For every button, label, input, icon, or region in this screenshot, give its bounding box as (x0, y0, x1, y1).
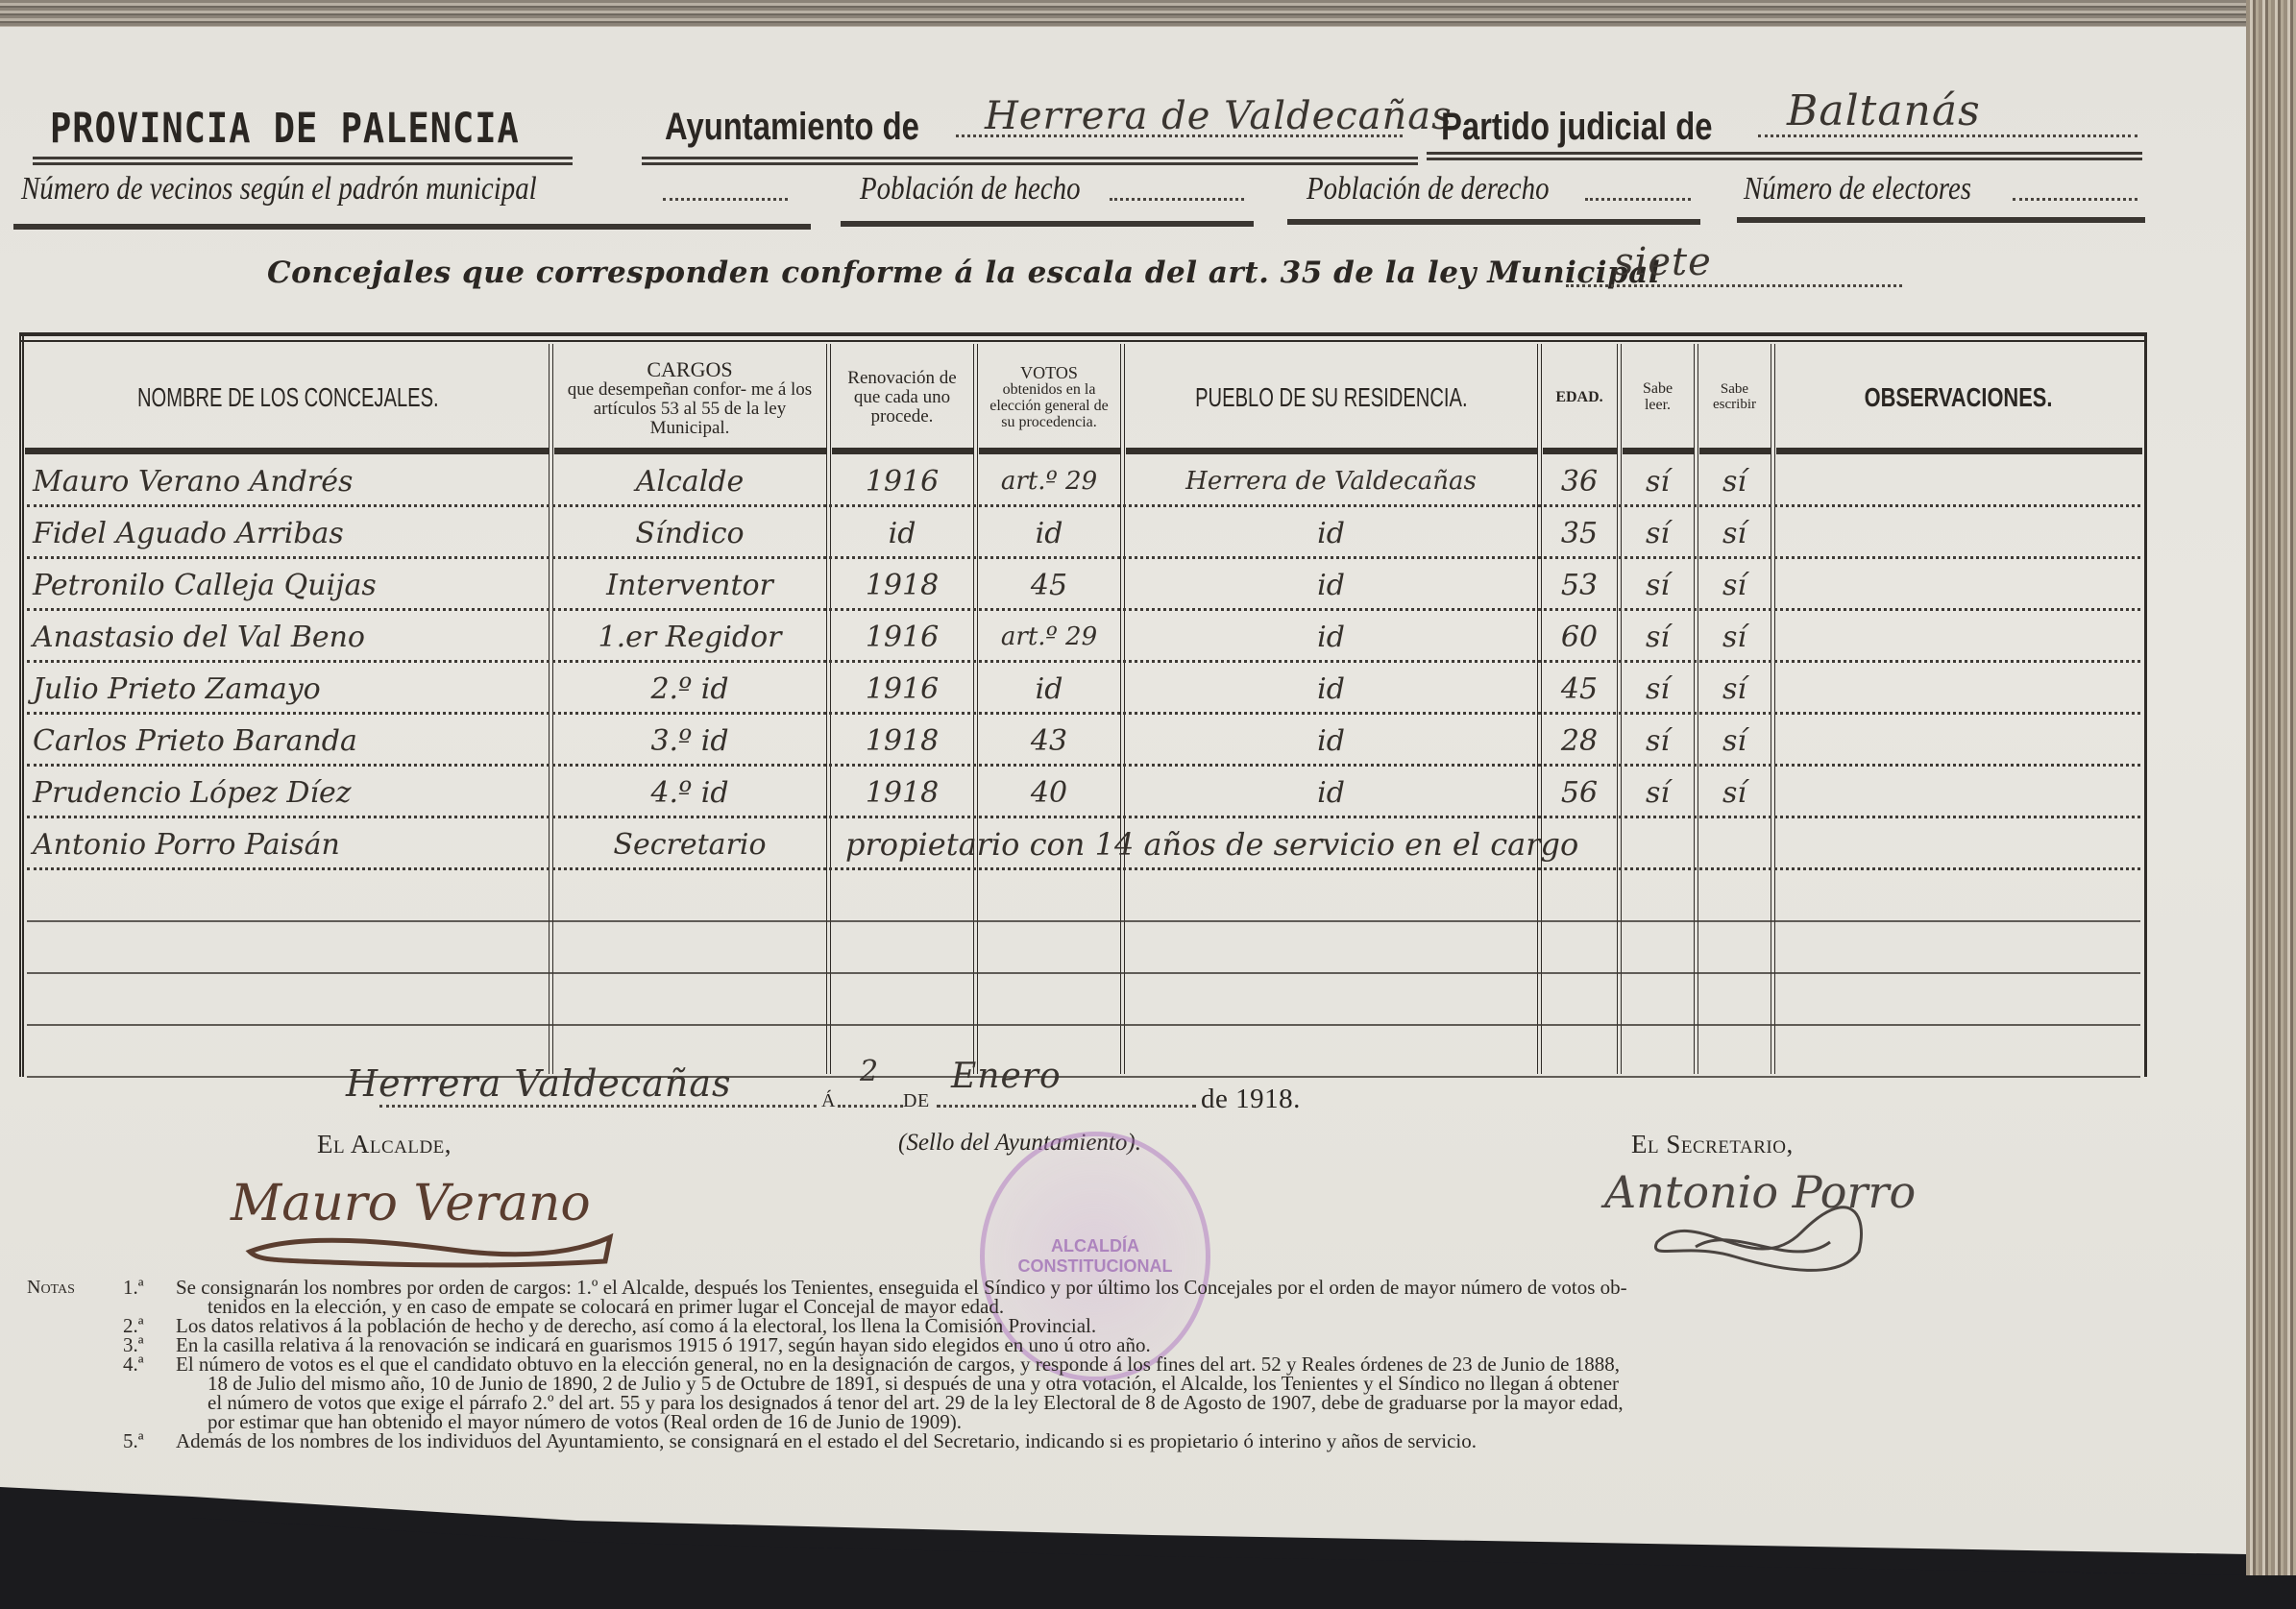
header-votos: VOTOS obtenidos en la elección general d… (979, 350, 1119, 446)
derecho-field[interactable] (1585, 198, 1691, 201)
hecho-field[interactable] (1110, 198, 1244, 201)
cell-nombre: Antonio Porro Paisán (33, 822, 547, 866)
header-nombre-text: NOMBRE DE LOS CONCEJALES. (137, 383, 439, 411)
stamp-text: ALCALDÍA CONSTITUCIONAL (985, 1236, 1206, 1277)
header-rule (832, 448, 973, 454)
notes-section: Notas 1.ª Se consignarán los nombres por… (27, 1278, 1987, 1451)
note-text: Además de los nombres de los individuos … (176, 1431, 1987, 1451)
cell-leer: sí (1623, 667, 1693, 711)
ayuntamiento-value: Herrera de Valdecañas (985, 94, 1453, 138)
table-row-empty (19, 1026, 2147, 1078)
table-row: Petronilo Calleja Quijas Interventor 191… (19, 559, 2147, 611)
date-month: Enero (951, 1057, 1062, 1096)
row-rule (27, 1075, 2140, 1078)
cell-cargo: Alcalde (554, 459, 825, 503)
cell-edad: 53 (1543, 563, 1616, 607)
header-rule (1699, 448, 1771, 454)
note-number: 4.ª (123, 1354, 144, 1374)
note-number: 5.ª (123, 1431, 144, 1451)
cell-nombre: Anastasio del Val Beno (33, 615, 547, 659)
cell-renovacion: 1918 (832, 770, 972, 815)
table-row: Julio Prieto Zamayo 2.º id 1916 id id 45… (19, 663, 2147, 715)
cell-votos: 40 (979, 770, 1119, 815)
header-cargos-sub: que desempeñan confor- me á los artículo… (560, 380, 819, 438)
cell-pueblo: id (1126, 563, 1536, 607)
cell-leer: sí (1623, 459, 1693, 503)
header-pueblo-text: PUEBLO DE SU RESIDENCIA. (1195, 383, 1467, 411)
cell-cargo: Síndico (554, 511, 825, 555)
cell-renovacion: 1918 (832, 719, 972, 763)
concejales-table: NOMBRE DE LOS CONCEJALES. CARGOS que des… (19, 332, 2147, 1077)
cell-renovacion: 1916 (832, 667, 972, 711)
table-row: Fidel Aguado Arribas Síndico id id id 35… (19, 507, 2147, 559)
date-de: de (903, 1084, 930, 1114)
cell-leer: sí (1623, 511, 1693, 555)
note-text: Los datos relativos á la población de he… (176, 1316, 1987, 1335)
cell-escribir: sí (1699, 719, 1770, 763)
table-row-empty (19, 922, 2147, 974)
partido-underline (1427, 152, 2142, 160)
ayuntamiento-label: Ayuntamiento de (665, 106, 919, 149)
cell-votos: id (979, 511, 1119, 555)
cell-cargo: 2.º id (554, 667, 825, 711)
header-cargos-title: CARGOS (647, 358, 732, 380)
alcalde-flourish-icon (240, 1223, 624, 1271)
table-row: Carlos Prieto Baranda 3.º id 1918 43 id … (19, 715, 2147, 767)
note-text: Se consignarán los nombres por orden de … (176, 1278, 1987, 1297)
cell-pueblo: id (1126, 615, 1536, 659)
cell-pueblo: id (1126, 667, 1536, 711)
note-item: 5.ª Además de los nombres de los individ… (27, 1431, 1987, 1451)
cell-edad: 35 (1543, 511, 1616, 555)
cell-renovacion: 1916 (832, 459, 972, 503)
cell-pueblo: id (1126, 511, 1536, 555)
cell-edad: 56 (1543, 770, 1616, 815)
table-row-empty (19, 974, 2147, 1026)
document-page: PROVINCIA DE PALENCIA Ayuntamiento de He… (0, 27, 2248, 1564)
secretario-flourish-icon (1638, 1204, 1888, 1280)
cell-escribir: sí (1699, 667, 1770, 711)
header-edad-text: EDAD. (1555, 390, 1602, 406)
header-escribir: Sabe escribir (1699, 350, 1770, 446)
header-edad: EDAD. (1543, 350, 1616, 446)
table-row: Anastasio del Val Beno 1.er Regidor 1916… (19, 611, 2147, 663)
cell-leer: sí (1623, 563, 1693, 607)
cell-escribir: sí (1699, 770, 1770, 815)
table-row: Prudencio López Díez 4.º id 1918 40 id 5… (19, 767, 2147, 818)
electores-underline (1737, 217, 2145, 223)
header-nombre: NOMBRE DE LOS CONCEJALES. (29, 350, 548, 446)
cell-votos: 45 (979, 563, 1119, 607)
note-text: el número de votos que exige el párrafo … (176, 1393, 1987, 1412)
cell-votos: art.º 29 (979, 615, 1119, 659)
header-cargos: CARGOS que desempeñan confor- me á los a… (554, 350, 825, 446)
header-rule (1126, 448, 1537, 454)
cell-nombre: Mauro Verano Andrés (33, 459, 547, 503)
electores-label: Número de electores (1744, 171, 1971, 207)
cell-pueblo: Herrera de Valdecañas (1126, 459, 1536, 503)
cell-renovacion: id (832, 511, 972, 555)
note-text: por estimar que han obtenido el mayor nú… (176, 1412, 1987, 1431)
cell-nombre: Julio Prieto Zamayo (33, 667, 547, 711)
vecinos-label: Número de vecinos según el padrón munici… (21, 171, 537, 207)
header-renovacion: Renovación de que cada uno procede. (832, 350, 972, 446)
table-row-secretario: Antonio Porro Paisán Secretario propieta… (19, 818, 2147, 870)
vecinos-underline (13, 224, 811, 230)
ayuntamiento-underline (642, 157, 1418, 165)
note-number: 1.ª (123, 1278, 144, 1297)
cell-renovacion: 1918 (832, 563, 972, 607)
vecinos-field[interactable] (663, 198, 788, 201)
table-top-border (19, 332, 2147, 342)
cell-edad: 45 (1543, 667, 1616, 711)
derecho-underline (1287, 219, 1700, 225)
note-text: El número de votos es el que el candidat… (176, 1354, 1987, 1374)
header-observaciones-text: OBSERVACIONES. (1865, 383, 2053, 411)
note-text: En la casilla relativa á la renovación s… (176, 1335, 1987, 1354)
concejales-value: siete (1614, 240, 1712, 284)
header-escribir-text: Sabe escribir (1706, 382, 1764, 413)
provincia-title: PROVINCIA DE PALENCIA (50, 105, 520, 152)
alcalde-label: El Alcalde, (317, 1130, 452, 1159)
cell-nombre: Petronilo Calleja Quijas (33, 563, 547, 607)
cell-nombre: Fidel Aguado Arribas (33, 511, 547, 555)
note-item: 2.ª Los datos relativos á la población d… (27, 1316, 1987, 1335)
date-day-dots (838, 1105, 903, 1108)
date-a: á (821, 1084, 836, 1114)
header-leer: Sabe leer. (1623, 350, 1693, 446)
header-rule (554, 448, 826, 454)
header-renovacion-text: Renovación de que cada uno procede. (840, 369, 965, 427)
cell-votos: art.º 29 (979, 459, 1119, 503)
note-item: 1.ª Se consignarán los nombres por orden… (27, 1278, 1987, 1316)
cell-votos: 43 (979, 719, 1119, 763)
header-rule (1623, 448, 1694, 454)
concejales-field-dots (1566, 284, 1902, 287)
partido-label: Partido judicial de (1441, 106, 1713, 149)
secretario-label: El Secretario, (1631, 1130, 1794, 1159)
cell-escribir: sí (1699, 459, 1770, 503)
cell-cargo: 3.º id (554, 719, 825, 763)
partido-value: Baltanás (1787, 86, 1981, 135)
cell-edad: 60 (1543, 615, 1616, 659)
note-number: 3.ª (123, 1335, 144, 1354)
concejales-label: Concejales que corresponden conforme á l… (267, 256, 1660, 290)
cell-edad: 28 (1543, 719, 1616, 763)
hecho-label: Población de hecho (860, 171, 1081, 207)
header-rule (979, 448, 1120, 454)
cell-cargo: 4.º id (554, 770, 825, 815)
date-place: Herrera Valdecañas (346, 1062, 732, 1105)
header-leer-text: Sabe leer. (1634, 381, 1682, 414)
date-place-dots (379, 1105, 817, 1108)
cell-votos: id (979, 667, 1119, 711)
table-row: Mauro Verano Andrés Alcalde 1916 art.º 2… (19, 455, 2147, 507)
cell-leer: sí (1623, 615, 1693, 659)
header-rule (1543, 448, 1617, 454)
cell-leer: sí (1623, 719, 1693, 763)
header-votos-sub: obtenidos en la elección general de su p… (987, 382, 1111, 430)
date-month-dots (937, 1105, 1196, 1108)
date-day: 2 (860, 1055, 879, 1088)
header-votos-title: VOTOS (1020, 364, 1078, 382)
cell-cargo: Secretario (554, 822, 825, 866)
note-item: 3.ª En la casilla relativa á la renovaci… (27, 1335, 1987, 1354)
header-pueblo: PUEBLO DE SU RESIDENCIA. (1126, 350, 1536, 446)
cell-nombre: Prudencio López Díez (33, 770, 547, 815)
cell-cargo: Interventor (554, 563, 825, 607)
book-page-edges-right (2246, 0, 2296, 1575)
note-number: 2.ª (123, 1316, 144, 1335)
note-text: tenidos en la elección, y en caso de emp… (176, 1297, 1987, 1316)
cell-escribir: sí (1699, 563, 1770, 607)
cell-leer: sí (1623, 770, 1693, 815)
cell-escribir: sí (1699, 511, 1770, 555)
electores-field[interactable] (2013, 198, 2137, 201)
table-row-empty (19, 870, 2147, 922)
note-text: 18 de Julio del mismo año, 10 de Junio d… (176, 1374, 1987, 1393)
hecho-underline (841, 221, 1254, 227)
date-year: de 1918. (1201, 1084, 1301, 1115)
cell-nombre: Carlos Prieto Baranda (33, 719, 547, 763)
cell-escribir: sí (1699, 615, 1770, 659)
cell-pueblo: id (1126, 770, 1536, 815)
note-item: 4.ª El número de votos es el que el cand… (27, 1354, 1987, 1431)
cell-pueblo: id (1126, 719, 1536, 763)
derecho-label: Población de derecho (1307, 171, 1550, 207)
header-rule (1776, 448, 2142, 454)
header-rule (25, 448, 549, 454)
cell-cargo: 1.er Regidor (554, 615, 825, 659)
header-observaciones: OBSERVACIONES. (1776, 350, 2141, 446)
cell-secretario-detalle: propietario con 14 años de servicio en e… (845, 822, 1902, 866)
cell-renovacion: 1916 (832, 615, 972, 659)
provincia-underline (33, 157, 573, 165)
cell-edad: 36 (1543, 459, 1616, 503)
